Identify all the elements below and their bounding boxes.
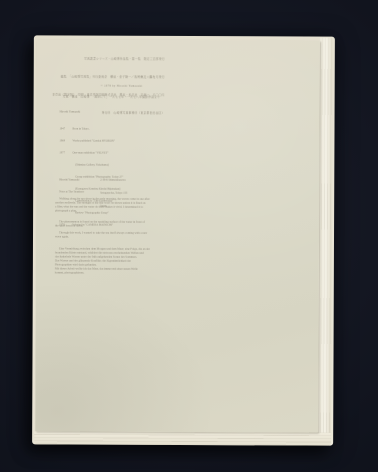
edition-line: 編集 「山崎博写真集」刊行委員会 構成・金子隆一／島尾伸三 協力 <box>61 74 156 80</box>
bio-text: Works published "Gendai HYORON" <box>72 140 115 144</box>
bio-row: 1977 One-man exhibition "VELVET" <box>59 151 123 155</box>
photobook: 写真叢書シリーズ・山崎博作品集・第一集 限定三百部発行 一九七八年七月発行 非売… <box>32 35 335 445</box>
bio-year: 1969 <box>59 139 72 143</box>
colophon-line: 写真叢書シリーズ・山崎博作品集・第一集 限定三百部発行 <box>52 56 165 62</box>
bio-row: 1947 Born in Tokyo. <box>59 127 123 131</box>
essay-paragraph-de: Eine Vermittlung zwischen dem Morgen und… <box>55 246 169 275</box>
essay-line: photograph a plan. <box>55 209 169 214</box>
bio-row: (Shimizu Gallery, Yokohama) <box>59 163 123 167</box>
bio-text: Born in Tokyo. <box>72 128 89 132</box>
bio-text: One-man exhibition "VELVET" <box>72 152 108 156</box>
essay-line: kommt, photographieren. <box>55 271 169 276</box>
bio-year <box>59 163 72 167</box>
copyright-line: © 1978 by Hiroshi Yamazaki <box>101 85 143 88</box>
colophon-page: 写真叢書シリーズ・山崎博作品集・第一集 限定三百部発行 一九七八年七月発行 非売… <box>35 39 320 432</box>
bio-row: 1969 Works published "Gendai HYORON" <box>59 139 123 143</box>
address-text: Setagaya-ku, Tokyo 155 <box>100 192 127 197</box>
photo-backdrop: 写真叢書シリーズ・山崎博作品集・第一集 限定三百部発行 一九七八年七月発行 非売… <box>0 0 378 472</box>
address-name: Hiroshi Yamazaki <box>59 178 100 183</box>
address-text: 2-39-6 Shimokitazawa <box>100 178 125 183</box>
essay-paragraph-en-3: Through this work, I wanted to take the … <box>55 230 169 239</box>
essay-line: the quiet beach at dawn. <box>55 224 169 229</box>
bio-text: (Shimizu Gallery, Yokohama) <box>72 164 108 168</box>
essay-title: Note at The Seashore <box>59 189 84 193</box>
page-stack-edge-bottom <box>34 431 331 445</box>
bio-year: 1947 <box>59 127 72 131</box>
essay-paragraph-en-2: The phenomenon is found on the sparkling… <box>55 219 169 228</box>
bio-year: 1977 <box>59 151 72 155</box>
credit-line: 写真・構成 山崎博 「海岸にて」一九七七年〜一九七八年撮影作品より <box>63 94 161 100</box>
biography-heading: Hiroshi Yamazaki <box>60 109 81 113</box>
essay-line: wave again. <box>55 235 169 240</box>
essay-paragraph-en-1: Walking along the sea shore in the early… <box>55 196 169 213</box>
address-row: Hiroshi Yamazaki 2-39-6 Shimokitazawa <box>59 178 127 183</box>
